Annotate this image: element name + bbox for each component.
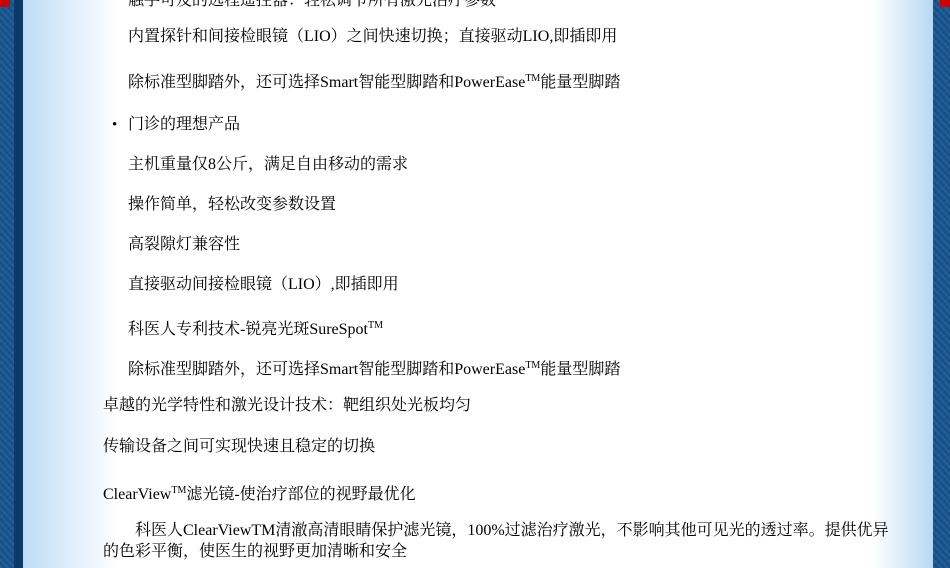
trademark-superscript: TM xyxy=(525,73,540,84)
trademark-superscript: TM xyxy=(171,485,186,496)
right-page-border xyxy=(933,0,950,568)
left-border-texture xyxy=(0,0,14,568)
slit-lamp-line: 高裂隙灯兼容性 xyxy=(128,237,240,253)
left-page-border xyxy=(0,0,23,568)
host-weight-line: 主机重量仅8公斤，满足自由移动的需求 xyxy=(128,157,408,173)
footswitch-line-2-text: 除标准型脚踏外，还可选择Smart智能型脚踏和PowerEase xyxy=(128,361,525,378)
right-gradient-fade xyxy=(873,0,933,568)
footswitch-line-1: 除标准型脚踏外，还可选择Smart智能型脚踏和PowerEaseTM能量型脚踏 xyxy=(128,71,620,91)
fast-switch-line: 传输设备之间可实现快速且稳定的切换 xyxy=(103,439,375,455)
right-border-red-cap xyxy=(940,0,950,7)
footswitch-line-1-tail: 能量型脚踏 xyxy=(540,74,620,91)
remote-control-line: 触手可及的远程遥控器：轻松调节所有激光治疗参数 xyxy=(128,0,496,9)
lio-switch-line: 内置探针和间接检眼镜（LIO）之间快速切换；直接驱动LIO,即插即用 xyxy=(128,29,617,45)
bullet-icon: • xyxy=(112,117,128,133)
easy-operation-line: 操作简单，轻松改变参数设置 xyxy=(128,197,336,213)
clinic-ideal-line: •门诊的理想产品 xyxy=(112,117,240,133)
clearview-name: ClearView xyxy=(103,486,171,503)
footswitch-line-2: 除标准型脚踏外，还可选择Smart智能型脚踏和PowerEaseTM能量型脚踏 xyxy=(128,358,620,378)
clearview-tail: 滤光镜-使治疗部位的视野最优化 xyxy=(186,486,415,503)
optics-line: 卓越的光学特性和激光设计技术：靶组织处光板均匀 xyxy=(103,398,471,414)
trademark-superscript: TM xyxy=(525,360,540,371)
clinic-ideal-text: 门诊的理想产品 xyxy=(128,116,240,133)
clearview-line: ClearViewTM滤光镜-使治疗部位的视野最优化 xyxy=(103,483,416,503)
surespot-line: 科医人专利技术-锐亮光斑SureSpotTM xyxy=(128,318,383,338)
clearview-paragraph: 科医人ClearViewTM清澈高清眼睛保护滤光镜，100%过滤治疗激光，不影响… xyxy=(103,520,903,562)
surespot-text: 科医人专利技术-锐亮光斑SureSpot xyxy=(128,321,368,338)
footswitch-line-2-tail: 能量型脚踏 xyxy=(540,361,620,378)
left-border-red-cap xyxy=(0,0,10,7)
lio-plug-line: 直接驱动间接检眼镜（LIO）,即插即用 xyxy=(128,277,399,293)
left-border-navy-strip xyxy=(14,0,23,568)
footswitch-line-1-text: 除标准型脚踏外，还可选择Smart智能型脚踏和PowerEase xyxy=(128,74,525,91)
trademark-superscript: TM xyxy=(368,320,383,331)
